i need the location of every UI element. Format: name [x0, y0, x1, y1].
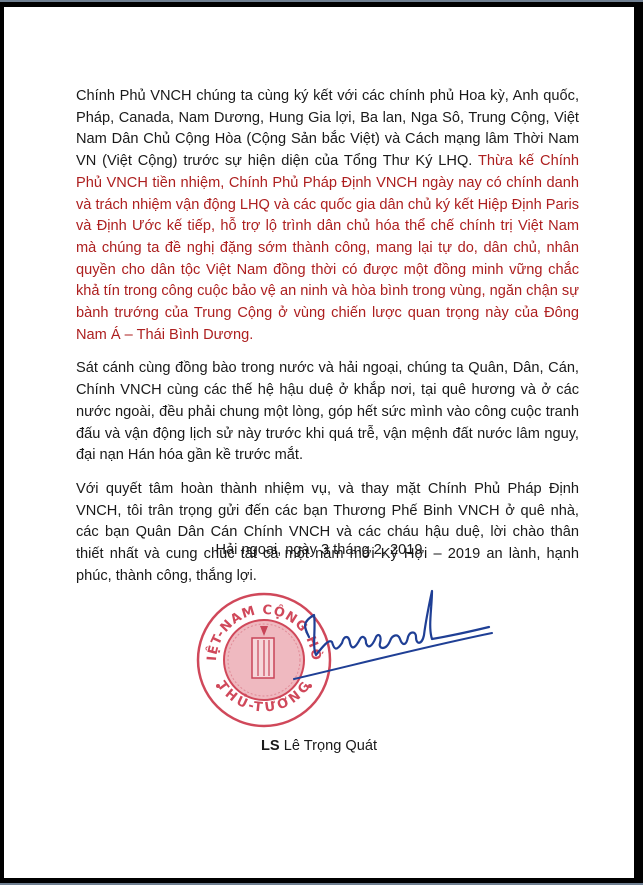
letter-body: Chính Phủ VNCH chúng ta cùng ký kết với … — [76, 86, 579, 599]
paragraph-3: Với quyết tâm hoàn thành nhiệm vụ, và th… — [76, 479, 579, 588]
paragraph-2: Sát cánh cùng đồng bào trong nước và hải… — [76, 358, 579, 467]
paragraph-1-highlight: Thừa kế Chính Phủ VNCH tiền nhiệm, Chính… — [76, 153, 579, 343]
paragraph-2-text: Sát cánh cùng đồng bào trong nước và hải… — [76, 360, 579, 463]
paragraph-3-text: Với quyết tâm hoàn thành nhiệm vụ, và th… — [76, 481, 579, 584]
handwritten-signature-icon — [274, 577, 494, 687]
signer-title: LS — [261, 738, 280, 754]
signer-line: LS Lê Trọng Quát — [4, 738, 634, 754]
date-line: Hải ngoại, ngày 3 tháng 2, 2019 — [4, 542, 634, 558]
document-page: Chính Phủ VNCH chúng ta cùng ký kết với … — [4, 7, 634, 878]
paragraph-1: Chính Phủ VNCH chúng ta cùng ký kết với … — [76, 86, 579, 346]
signer-name: Lê Trọng Quát — [284, 738, 377, 754]
